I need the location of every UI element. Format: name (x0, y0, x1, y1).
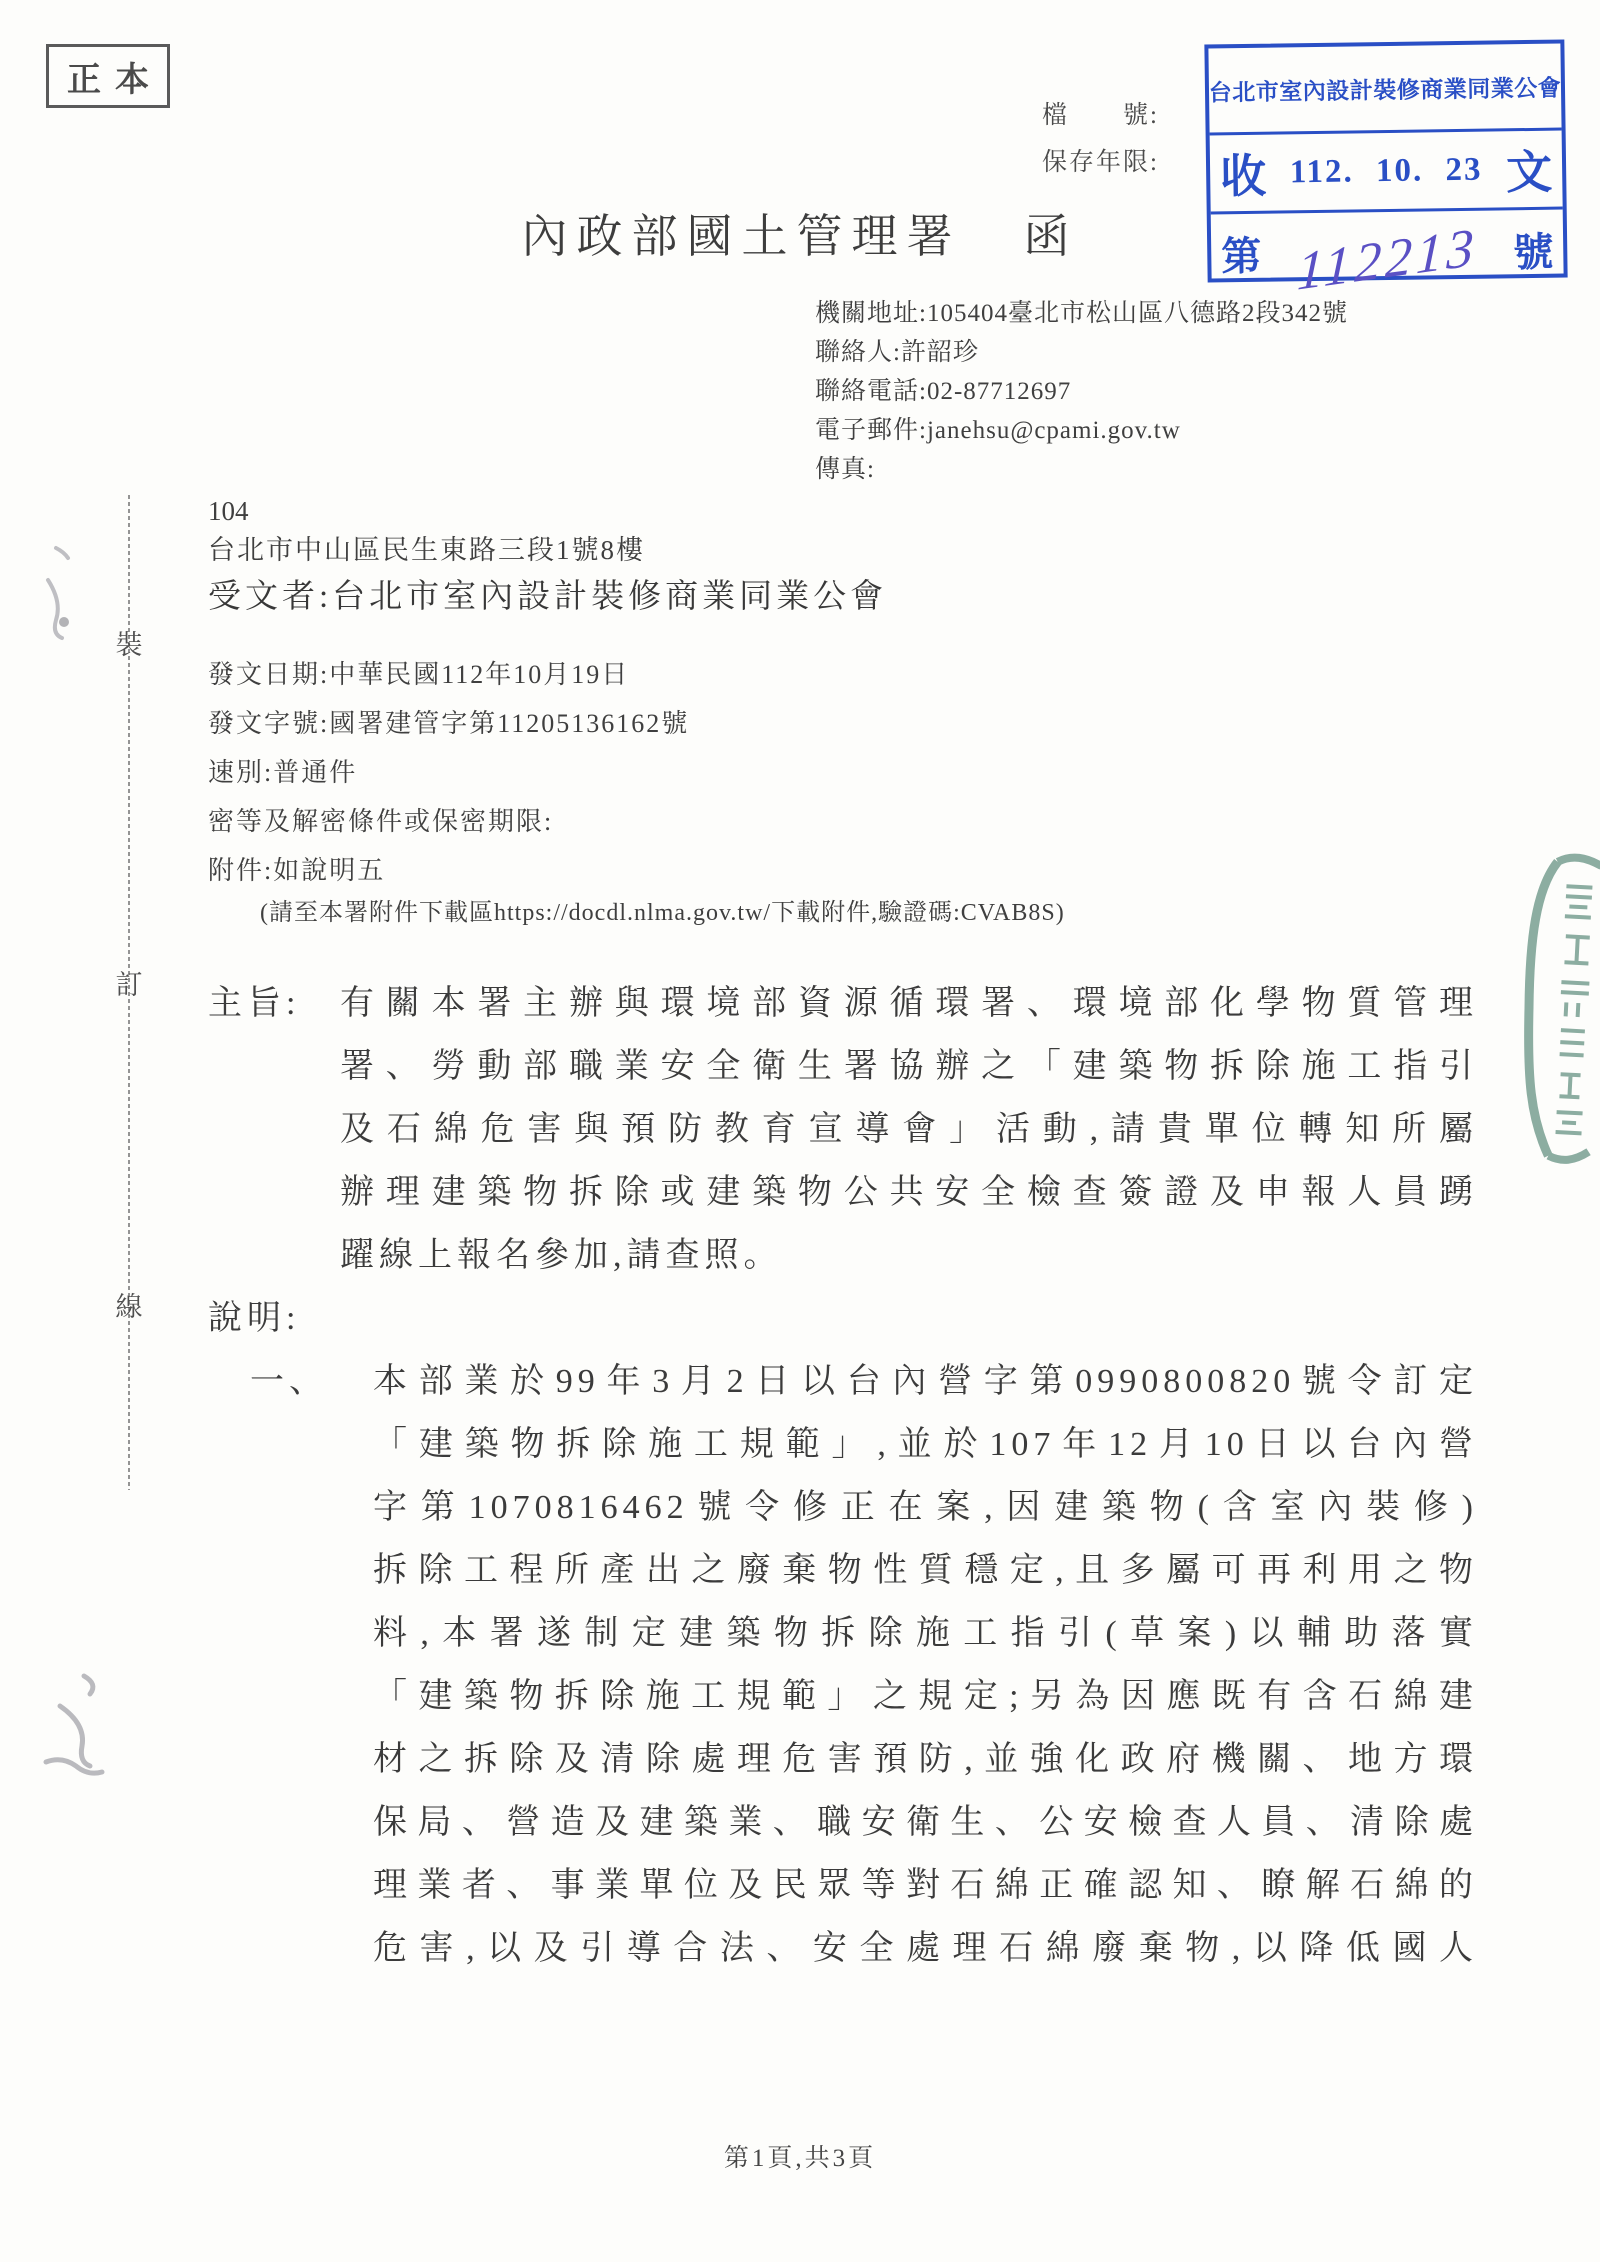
body-line: 「建築物拆除施工規範」之規定;另為因應既有含石綿建 (373, 1665, 1478, 1728)
subject-label: 主旨: (208, 972, 340, 1035)
contact-fax: 傳真: (815, 450, 1348, 489)
letter-body: 主旨: 有關本署主辦與環境部資源循環署、環境部化學物質管理 署、勞動部職業安全衛… (208, 972, 1478, 1980)
received-stamp-doc-char: 文 (1506, 136, 1553, 203)
sender-contact-block: 機關地址:105404臺北市松山區八德路2段342號 聯絡人:許韶珍 聯絡電話:… (815, 294, 1348, 489)
received-stamp-receive-char: 收 (1220, 140, 1267, 207)
issuing-agency: 內政部國土管理署 (522, 211, 962, 262)
attachment-download-note: (請至本署附件下載區https://docdl.nlma.gov.tw/下載附件… (208, 895, 1065, 931)
contact-phone: 聯絡電話:02-87712697 (815, 372, 1348, 411)
subject-line: 辦理建築物拆除或建築物公共安全檢查簽證及申報人員踴 (340, 1161, 1478, 1224)
binding-margin: 裝 訂 線 (112, 495, 146, 1490)
recipient-line: 受文者:台北市室內設計裝修商業同業公會 (208, 572, 887, 622)
contact-person: 聯絡人:許韶珍 (815, 333, 1348, 372)
body-line: 「建築物拆除施工規範」,並於107年12月10日以台內營 (373, 1413, 1478, 1476)
partial-agency-seal (1508, 848, 1600, 1170)
body-line: 本部業於99年3月2日以台內營字第0990800820號令訂定 (373, 1350, 1478, 1413)
agency-address: 機關地址:105404臺北市松山區八德路2段342號 (815, 294, 1348, 333)
speed-class: 速別:普通件 (208, 748, 1065, 797)
body-line: 拆除工程所產出之廢棄物性質穩定,且多屬可再利用之物 (373, 1539, 1478, 1602)
file-number-label: 檔 號: (1042, 92, 1159, 139)
binding-char-xian: 線 (115, 1285, 143, 1324)
pen-mark (18, 530, 88, 650)
contact-email: 電子郵件:janehsu@cpami.gov.tw (815, 411, 1348, 450)
item-number-label: 一、 (250, 1350, 373, 1413)
official-letter-page: 正本 檔 號: 保存年限: 台北市室內設計裝修商業同業公會 收 112. 10.… (0, 0, 1600, 2262)
document-meta-block: 發文日期:中華民國112年10月19日 發文字號:國署建管字第112051361… (208, 650, 1065, 931)
subject-line: 及石綿危害與預防教育宣導會」活動,請貴單位轉知所屬 (340, 1098, 1478, 1161)
issue-number: 發文字號:國署建管字第11205136162號 (208, 699, 1065, 748)
body-line: 材之拆除及清除處理危害預防,並強化政府機關、地方環 (373, 1728, 1478, 1791)
recipient-address: 台北市中山區民生東路三段1號8樓 (208, 530, 887, 570)
subject-line: 有關本署主辦與環境部資源循環署、環境部化學物質管理 (340, 972, 1478, 1035)
item-content: 本部業於99年3月2日以台內營字第0990800820號令訂定 「建築物拆除施工… (373, 1350, 1478, 1980)
subject-line: 署、勞動部職業安全衛生署協辦之「建築物拆除施工指引 (340, 1035, 1478, 1098)
security-class: 密等及解密條件或保密期限: (208, 797, 1065, 846)
pen-mark (24, 1660, 124, 1790)
subject-content: 有關本署主辦與環境部資源循環署、環境部化學物質管理 署、勞動部職業安全衛生署協辦… (340, 972, 1478, 1287)
document-title: 內政部國土管理署函 (0, 200, 1600, 266)
body-line: 危害,以及引導合法、安全處理石綿廢棄物,以降低國人 (373, 1917, 1478, 1980)
body-line: 料,本署遂制定建築物拆除施工指引(草案)以輔助落實 (373, 1602, 1478, 1665)
page-footer: 第1頁,共3頁 (0, 2138, 1600, 2174)
issue-date: 發文日期:中華民國112年10月19日 (208, 650, 1065, 699)
copy-type-label: 正本 (53, 52, 163, 101)
recipient-block: 104 台北市中山區民生東路三段1號8樓 受文者:台北市室內設計裝修商業同業公會 (208, 492, 887, 622)
received-stamp-org: 台北市室內設計裝修商業同業公會 (1208, 44, 1561, 136)
body-line: 字第1070816462號令修正在案,因建築物(含室內裝修) (373, 1476, 1478, 1539)
attachment-line: 附件:如說明五 (208, 846, 1065, 895)
copy-type-box: 正本 (46, 44, 170, 108)
recipient-zip: 104 (208, 492, 887, 530)
received-stamp-date: 112. 10. 23 (1290, 151, 1483, 191)
explanation-item-1: 一、 本部業於99年3月2日以台內營字第0990800820號令訂定 「建築物拆… (250, 1350, 1478, 1980)
binding-char-zhuang: 裝 (115, 623, 143, 662)
subject-line: 躍線上報名參加,請查照。 (340, 1224, 1478, 1287)
explanation-label: 說明: (208, 1287, 1478, 1350)
body-line: 理業者、事業單位及民眾等對石綿正確認知、瞭解石綿的 (373, 1854, 1478, 1917)
binding-char-ding: 訂 (115, 963, 143, 1002)
retention-period-label: 保存年限: (1042, 139, 1159, 186)
file-number-block: 檔 號: 保存年限: (1042, 92, 1159, 186)
document-type: 函 (1024, 211, 1079, 262)
subject-paragraph: 主旨: 有關本署主辦與環境部資源循環署、環境部化學物質管理 署、勞動部職業安全衛… (208, 972, 1478, 1287)
body-line: 保局、營造及建築業、職安衛生、公安檢查人員、清除處 (373, 1791, 1478, 1854)
